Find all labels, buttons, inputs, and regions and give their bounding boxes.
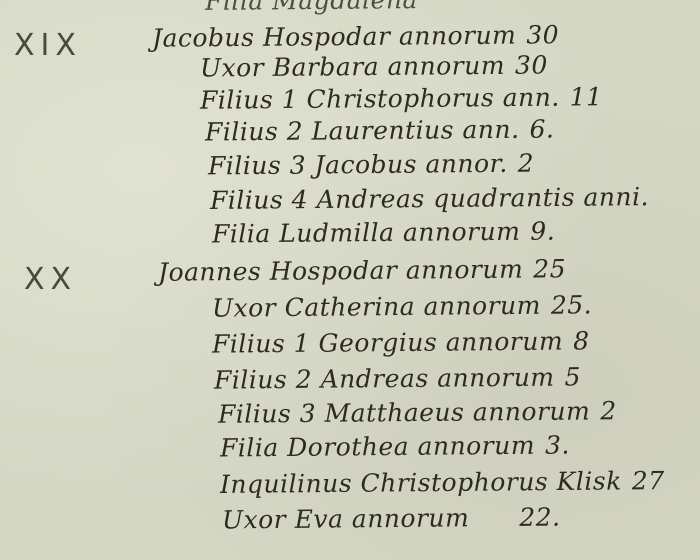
entry-son2-xx: Filius 2 Andreas annorum5 bbox=[214, 362, 581, 394]
entry-head-xx: Joannes Hospodar annorum25 bbox=[158, 254, 566, 287]
entry-son2-xix: Filius 2 Laurentius ann.6. bbox=[205, 114, 555, 146]
entry-head-xix: Jacobus Hospodar annorum30 bbox=[152, 20, 559, 53]
entry-wife-xx: Uxor Catherina annorum25. bbox=[212, 290, 592, 322]
entry-son3-xix: Filius 3 Jacobus annor.2 bbox=[208, 149, 534, 181]
entry-son4-xix: Filius 4 Andreas quadrantis anni. bbox=[210, 182, 659, 215]
entry-daughter-xx: Filia Dorothea annorum3. bbox=[220, 430, 570, 462]
entry-wife-xix: Uxor Barbara annorum30 bbox=[200, 50, 548, 82]
entry-son1-xx: Filius 1 Georgius annorum8 bbox=[212, 326, 590, 358]
entry-son3-xx: Filius 3 Matthaeus annorum2 bbox=[218, 396, 617, 428]
entry-lodger-wife-xx: Uxor Eva annorum22. bbox=[222, 503, 561, 535]
entry-lodger-xx: Inquilinus Christophorus Klisk27 bbox=[220, 466, 665, 499]
manuscript-page: Filia Magdalena XIX Jacobus Hospodar ann… bbox=[0, 0, 700, 560]
household-marker-xix: XIX bbox=[14, 28, 82, 63]
entry-son1-xix: Filius 1 Christophorus ann.11 bbox=[200, 82, 603, 115]
entry-daughter-xix: Filia Ludmilla annorum9. bbox=[212, 217, 555, 249]
household-marker-xx: XX bbox=[24, 262, 77, 297]
partial-top-line: Filia Magdalena bbox=[205, 0, 418, 16]
